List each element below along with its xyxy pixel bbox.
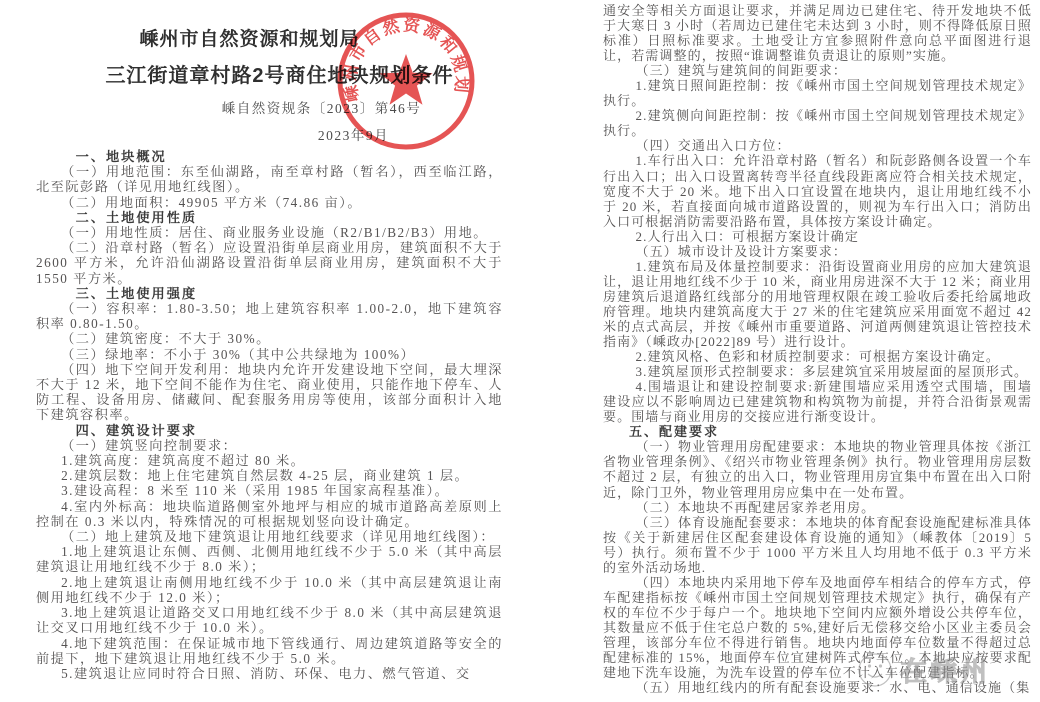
paragraph: 1.地上建筑退让东侧、西侧、北侧用地红线不少于 5.0 米（其中高层建筑退让用地… <box>36 544 503 574</box>
paragraph: （四）交通出入口方位： <box>603 138 1032 153</box>
paragraph: （二）建筑密度：不大于 30%。 <box>36 331 503 346</box>
paragraph: 4.地下建筑范围：在保证城市地下管线通行、周边建筑道路等安全的前提下，地下建筑退… <box>36 636 503 666</box>
paragraph: （一）物业管理用房配建要求：本地块的物业管理具体按《浙江省物业管理条例》、《绍兴… <box>603 439 1032 499</box>
paragraph: 4.室内外标高：地块临道路侧室外地坪与相应的城市道路高差原则上控制在 0.3 米… <box>36 499 503 529</box>
paragraph: （五）城市设计及设计方案要求： <box>603 244 1032 259</box>
paragraph: 2.建筑层数：地上住宅建筑自然层数 4-25 层，商业建筑 1 层。 <box>36 468 503 483</box>
paragraph: 3.建筑屋顶形式控制要求：多层建筑宜采用坡屋面的屋顶形式。 <box>603 364 1032 379</box>
paragraph: （一）用地范围：东至仙湖路，南至章村路（暂名），西至临江路，北至阮彭路（详见用地… <box>36 164 503 194</box>
paragraph: （二）本地块不再配建居家养老用房。 <box>603 500 1032 515</box>
paragraph: （一）用地性质：居住、商业服务业设施（R2/B1/B2/B3）用地。 <box>36 225 503 240</box>
section-heading: 五、配建要求 <box>603 424 1032 439</box>
paragraph: （五）用地红线内的所有配套设施要求：水、电、通信设施（集 <box>603 680 1032 695</box>
document-number: 嵊自然资规条〔2023〕第46号 <box>88 97 555 117</box>
paragraph: 3.建设高程：8 米至 110 米（采用 1985 年国家高程基准）。 <box>36 483 503 498</box>
paragraph: 2.建筑侧向间距控制：按《嵊州市国土空间规划管理技术规定》执行。 <box>603 108 1032 138</box>
paragraph: 1.车行出入口：允许沿章村路（暂名）和阮彭路侧各设置一个车行出入口；出入口设置离… <box>603 153 1032 228</box>
paragraph: 2.地上建筑退让南侧用地红线不少于 10.0 米（其中高层建筑退让南侧用地红线不… <box>36 575 503 605</box>
paragraph: （二）地上建筑及地下建筑退让用地红线要求（详见用地红线图）： <box>36 529 503 544</box>
document-header: 嵊州市自然资源和规划局 三江街道章村路2号商住地块规划条件 嵊自然资规条〔202… <box>36 24 503 144</box>
right-text-column: 通安全等相关方面退让要求，并满足周边已建住宅、待开发地块不低于大寒日 3 小时（… <box>603 3 1032 695</box>
paragraph: （三）绿地率：不小于 30%（其中公共绿地为 100%） <box>36 347 503 362</box>
paragraph: （四）地下空间开发利用：地块内允许开发建设地下空间，最大埋深不大于 12 米，地… <box>36 362 503 423</box>
paragraph: （二）用地面积：49905 平方米（74.86 亩）。 <box>36 195 503 210</box>
section-heading: 四、建筑设计要求 <box>36 423 503 438</box>
paragraph: 1.建筑日照间距控制：按《嵊州市国土空间规划管理技术规定》执行。 <box>603 78 1032 108</box>
scanned-planning-document: 嵊州市自然资源和规划局 三江街道章村路2号商住地块规划条件 嵊自然资规条〔202… <box>0 0 1040 702</box>
paragraph: 3.地上建筑退让道路交叉口用地红线不少于 8.0 米（其中高层建筑退让交叉口用地… <box>36 605 503 635</box>
document-title: 三江街道章村路2号商住地块规划条件 <box>46 59 513 88</box>
paragraph: 2.人行出入口：可根据方案设计确定 <box>603 229 1032 244</box>
issuing-org-title: 嵊州市自然资源和规划局 <box>16 24 483 51</box>
paragraph: 4.围墙退让和建设控制要求:新建围墙应采用透空式围墙，围墙建设应以不影响周边已建… <box>603 379 1032 424</box>
section-heading: 三、土地使用强度 <box>36 286 503 301</box>
paragraph: 通安全等相关方面退让要求，并满足周边已建住宅、待开发地块不低于大寒日 3 小时（… <box>603 3 1032 63</box>
paragraph: 1.建筑高度：建筑高度不超过 80 米。 <box>36 453 503 468</box>
paragraph: （一）容积率：1.80-3.50；地上建筑容积率 1.00-2.0，地下建筑容积… <box>36 301 503 331</box>
paragraph: 1.建筑布局及体量控制要求：沿街设置商业用房的应加大建筑退让，退让用地红线不少于… <box>603 259 1032 349</box>
paragraph: 2.建筑风格、色彩和材质控制要求：可根据方案设计确定。 <box>603 349 1032 364</box>
paragraph: （四）本地块内采用地下停车及地面停车相结合的停车方式，停车配建指标按《嵊州市国土… <box>603 575 1032 680</box>
paragraph: （一）建筑竖向控制要求： <box>36 438 503 453</box>
paragraph: 5.建筑退让应同时符合日照、消防、环保、电力、燃气管道、交 <box>36 666 503 681</box>
paragraph: （三）体育设施配套要求：本地块的体育配套设施配建标准具体按《关于新建居住区配套建… <box>603 515 1032 575</box>
document-date: 2023年9月 <box>120 124 587 144</box>
left-text-column: 一、地块概况（一）用地范围：东至仙湖路，南至章村路（暂名），西至临江路，北至阮彭… <box>36 149 503 681</box>
section-heading: 二、土地使用性质 <box>36 210 503 225</box>
paragraph: （二）沿章村路（暂名）应设置沿街单层商业用房，建筑面积不大于 2600 平方米，… <box>36 240 503 286</box>
paragraph: （三）建筑与建筑间的间距要求： <box>603 63 1032 78</box>
section-heading: 一、地块概况 <box>36 149 503 164</box>
